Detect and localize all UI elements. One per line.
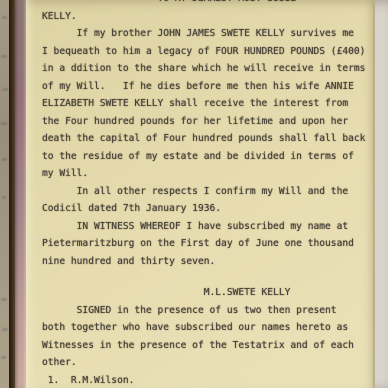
text-line: SIGNED in the presence of us two then pr…: [42, 302, 367, 320]
bleed-mark: [2, 158, 7, 161]
text-line: IN WITNESS WHEREOF I have subscribed my …: [42, 218, 367, 236]
text-line: I bequeath to him a legacy of FOUR HUNDR…: [42, 43, 367, 61]
page-gutter: [15, 0, 26, 388]
text-line: my Will.: [42, 165, 367, 183]
scanned-codicil-photo: TO MY DEAREST MOST SUSIE KELLY. If my br…: [0, 0, 388, 388]
signature-line: M.L.SWETE KELLY: [42, 284, 367, 302]
bleed-mark: [2, 196, 6, 199]
text-line: KELLY.: [42, 8, 367, 26]
text-line: death the capital of Four hundred pounds…: [42, 130, 367, 148]
bleed-mark: [1, 298, 7, 301]
text-line: both together who have subscribed our na…: [42, 319, 367, 337]
bleed-mark: [1, 356, 6, 359]
document-page: TO MY DEAREST MOST SUSIE KELLY. If my br…: [26, 0, 375, 388]
typewritten-text-block: TO MY DEAREST MOST SUSIE KELLY. If my br…: [42, 0, 367, 388]
text-line: Pietermaritzburg on the First day of Jun…: [42, 235, 367, 253]
bleed-mark: [3, 88, 8, 91]
clipped-top-line: TO MY DEAREST MOST SUSIE: [42, 0, 367, 8]
text-line: the Four hundred pounds for her lifetime…: [42, 113, 367, 131]
text-line: of my Will. If he dies before me then hi…: [42, 78, 367, 96]
text-line: If my brother JOHN JAMES SWETE KELLY sur…: [42, 25, 367, 43]
text-line: Witnesses in the presence of the Testatr…: [42, 337, 367, 355]
adjacent-page-edge: [0, 0, 9, 388]
text-line: In all other respects I confirm my Will …: [42, 183, 367, 201]
text-line: other.: [42, 354, 367, 372]
bleed-mark: [2, 328, 8, 331]
text-line: to the residue of my estate and be divid…: [42, 148, 367, 166]
text-line: in a ddition to the share which he will …: [42, 60, 367, 78]
text-line: nine hundred and thirty seven.: [42, 253, 367, 271]
text-line: ELIZABETH SWETE KELLY shall receive the …: [42, 95, 367, 113]
bleed-mark: [2, 16, 7, 19]
bleed-mark: [1, 122, 7, 125]
witness-line-1: 1. R.M.Wilson.: [42, 372, 367, 388]
text-line: Codicil dated 7th January 1936.: [42, 200, 367, 218]
bleed-mark: [1, 55, 7, 58]
